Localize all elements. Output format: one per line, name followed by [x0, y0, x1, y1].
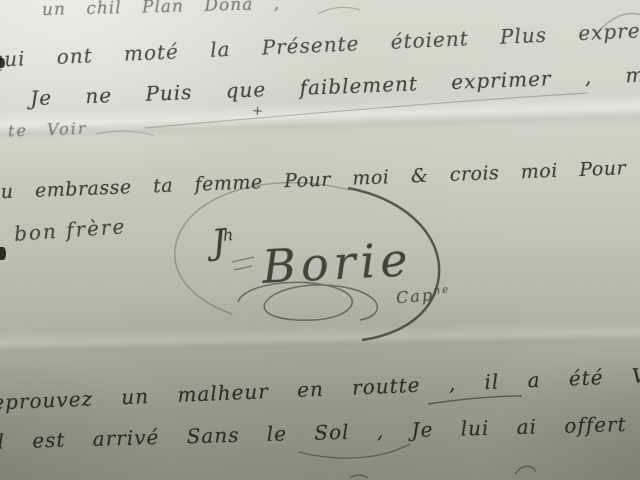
- handwriting-line-5: iu embrasse ta femme Pour moi & crois mo…: [0, 155, 640, 204]
- signature-rank-superscript: ne: [433, 284, 450, 296]
- handwriting-line-4: te Voir: [8, 119, 88, 141]
- handwriting-line-1: un chil Plan Dona ,: [42, 0, 281, 20]
- signature-initials: Jh: [210, 221, 236, 263]
- paper-crease-top: [0, 93, 640, 142]
- ink-flourishes-layer: [0, 0, 640, 480]
- faint-crease-stroke: [145, 93, 588, 128]
- edge-ink-mark-middle: [0, 247, 6, 260]
- top-right-flourish-stroke: [596, 13, 640, 34]
- signature-flourish-left-arc: [175, 183, 350, 314]
- sol-flourish-stroke: [298, 444, 410, 458]
- paper-crease-bottom: [0, 320, 640, 356]
- handwriting-line-8: il est arrivé Sans le Sol , Je lui ai of…: [0, 410, 640, 454]
- edge-ink-mark-top: [0, 58, 5, 68]
- signature-initial-superscript: h: [222, 225, 234, 245]
- handwriting-line-3: Je ne Puis que faiblement exprimer , mai: [30, 62, 640, 110]
- signature-flourish-right-arc: [348, 188, 439, 340]
- signature-initials-underline: [232, 257, 254, 270]
- letter-photograph: un chil Plan Dona , qui ont moté la Prés…: [0, 0, 640, 480]
- signature-rank: Capne: [395, 284, 451, 308]
- signature-flourish-loops: [238, 282, 377, 320]
- handwriting-line-2: qui ont moté la Présente étoient Plus ex…: [0, 16, 640, 72]
- signature-name: Borie: [261, 232, 414, 294]
- plus-mark: +: [251, 104, 263, 120]
- paper-grain-texture: [0, 0, 640, 480]
- handwriting-line-6: bon frère: [13, 214, 127, 246]
- signature-rank-abbrev: Cap: [395, 285, 435, 307]
- top-squiggle-stroke: [318, 7, 360, 14]
- routte-dash-stroke: [428, 396, 522, 404]
- te-voir-tail-stroke: [96, 131, 154, 136]
- signature-initial-letter: J: [210, 222, 228, 263]
- handwriting-line-7: eprouvez un malheur en routte , il a été…: [0, 361, 640, 414]
- bottom-edge-partial-strokes: [350, 466, 536, 478]
